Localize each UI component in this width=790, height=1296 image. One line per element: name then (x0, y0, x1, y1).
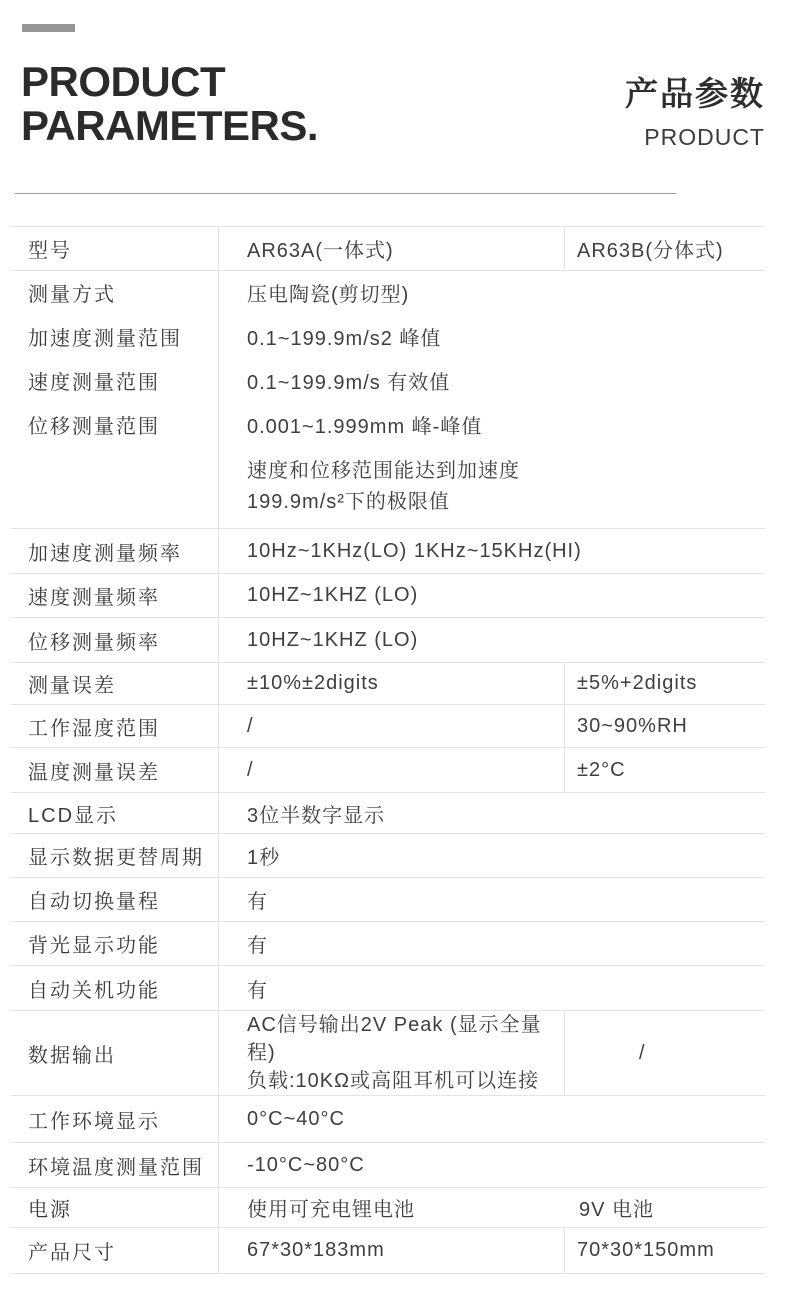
row-value: 1秒 (219, 841, 765, 870)
row-value: 有 (219, 885, 765, 914)
row-label: 位移测量范围 (10, 402, 219, 446)
row-value-b: 70*30*150mm (564, 1228, 765, 1273)
row-value: 有 (219, 974, 765, 1003)
row-value: 0.1~199.9m/s2 峰值 (219, 322, 765, 351)
row-label: 速度测量频率 (10, 574, 219, 617)
table-row-data-output: 数据输出 AC信号输出2V Peak (显示全量程) 负载:10KΩ或高阻耳机可… (10, 1010, 765, 1095)
page-title: PRODUCT PARAMETERS. (21, 60, 318, 148)
table-row-lcd: LCD显示 3位半数字显示 (10, 792, 765, 833)
output-line1: AC信号输出2V Peak (显示全量程) (247, 1014, 542, 1064)
row-value-a: 67*30*183mm (219, 1239, 564, 1262)
row-label: 背光显示功能 (10, 922, 219, 965)
row-value: 0.001~1.999mm 峰-峰值 (219, 410, 765, 439)
header-right: 产品参数 PRODUCT (625, 68, 765, 151)
row-value-b: / (564, 1011, 765, 1095)
row-label: 环境温度测量范围 (10, 1143, 219, 1187)
row-value: 10HZ~1KHZ (LO) (219, 584, 765, 607)
row-value: 10Hz~1KHz(LO) 1KHz~15KHz(HI) (219, 540, 765, 563)
row-value-a: AC信号输出2V Peak (显示全量程) 负载:10KΩ或高阻耳机可以连接 (219, 1011, 564, 1095)
table-row-backlight: 背光显示功能 有 (10, 921, 765, 965)
table-row-velocity-range: 速度测量范围 0.1~199.9m/s 有效值 (10, 358, 765, 402)
row-label: 工作环境显示 (10, 1096, 219, 1142)
row-value-a: 使用可充电锂电池 (219, 1193, 564, 1222)
table-row-humidity: 工作湿度范围 / 30~90%RH (10, 704, 765, 747)
row-label: 测量误差 (10, 663, 219, 704)
table-row-model: 型号 AR63A(一体式) AR63B(分体式) (10, 226, 765, 270)
row-label: 自动切换量程 (10, 878, 219, 921)
page-title-line1: PRODUCT (21, 58, 225, 105)
table-row-accel-freq: 加速度测量频率 10Hz~1KHz(LO) 1KHz~15KHz(HI) (10, 528, 765, 573)
row-label: LCD显示 (10, 793, 219, 833)
row-label: 电源 (10, 1188, 219, 1227)
header-divider (15, 193, 676, 194)
spec-table: 型号 AR63A(一体式) AR63B(分体式) 测量方式 压电陶瓷(剪切型) … (10, 226, 765, 1274)
row-value-a: AR63A(一体式) (219, 234, 564, 263)
row-value-b: ±5%+2digits (564, 663, 765, 704)
table-row-autopoweroff: 自动关机功能 有 (10, 965, 765, 1010)
row-value-b: 9V 电池 (564, 1188, 765, 1227)
row-note: 速度和位移范围能达到加速度 199.9m/s²下的极限值 (219, 456, 765, 518)
row-value: 0.1~199.9m/s 有效值 (219, 366, 765, 395)
table-row-accel-range: 加速度测量范围 0.1~199.9m/s2 峰值 (10, 314, 765, 358)
row-label: 自动关机功能 (10, 966, 219, 1010)
table-row-refresh: 显示数据更替周期 1秒 (10, 833, 765, 877)
table-row-temp-error: 温度测量误差 / ±2°C (10, 747, 765, 792)
row-label: 温度测量误差 (10, 748, 219, 792)
table-row-range-note: 速度和位移范围能达到加速度 199.9m/s²下的极限值 (10, 446, 765, 528)
row-label: 加速度测量范围 (10, 314, 219, 358)
table-row-error: 测量误差 ±10%±2digits ±5%+2digits (10, 662, 765, 704)
product-parameters-page: { "header": { "title_line1": "PRODUCT", … (0, 0, 790, 1296)
row-label: 速度测量范围 (10, 358, 219, 402)
table-row-displacement-range: 位移测量范围 0.001~1.999mm 峰-峰值 (10, 402, 765, 446)
row-value-a: ±10%±2digits (219, 672, 564, 695)
row-value: 0°C~40°C (219, 1108, 765, 1131)
accent-bar (22, 24, 75, 32)
row-label: 型号 (10, 227, 219, 270)
row-label (10, 446, 219, 528)
row-value: 有 (219, 929, 765, 958)
row-label: 显示数据更替周期 (10, 834, 219, 877)
note-line2: 199.9m/s²下的极限值 (247, 491, 450, 513)
table-row-velocity-freq: 速度测量频率 10HZ~1KHZ (LO) (10, 573, 765, 617)
row-label: 加速度测量频率 (10, 529, 219, 573)
subtitle-english: PRODUCT (625, 124, 765, 151)
row-value-a: / (219, 759, 564, 782)
row-value: -10°C~80°C (219, 1154, 765, 1177)
row-label: 产品尺寸 (10, 1228, 219, 1273)
note-line1: 速度和位移范围能达到加速度 (247, 460, 520, 482)
row-value-a: / (219, 715, 564, 738)
table-row-displacement-freq: 位移测量频率 10HZ~1KHZ (LO) (10, 617, 765, 662)
subtitle-chinese: 产品参数 (625, 68, 765, 115)
row-value: 10HZ~1KHZ (LO) (219, 629, 765, 652)
table-row-dimensions: 产品尺寸 67*30*183mm 70*30*150mm (10, 1227, 765, 1273)
table-row-method: 测量方式 压电陶瓷(剪切型) (10, 270, 765, 314)
row-label: 工作湿度范围 (10, 705, 219, 747)
table-row-operating-env: 工作环境显示 0°C~40°C (10, 1095, 765, 1142)
row-value: 压电陶瓷(剪切型) (219, 278, 765, 307)
table-row-env-temp-range: 环境温度测量范围 -10°C~80°C (10, 1142, 765, 1187)
row-value: 3位半数字显示 (219, 799, 765, 828)
table-row-autorange: 自动切换量程 有 (10, 877, 765, 921)
row-value-b: ±2°C (564, 748, 765, 792)
row-value-b: AR63B(分体式) (564, 227, 765, 270)
page-title-line2: PARAMETERS. (21, 102, 318, 149)
row-label: 数据输出 (10, 1011, 219, 1095)
output-line2: 负载:10KΩ或高阻耳机可以连接 (247, 1070, 539, 1092)
table-row-power: 电源 使用可充电锂电池 9V 电池 (10, 1187, 765, 1227)
row-label: 测量方式 (10, 271, 219, 314)
row-value-b: 30~90%RH (564, 705, 765, 747)
row-label: 位移测量频率 (10, 618, 219, 662)
